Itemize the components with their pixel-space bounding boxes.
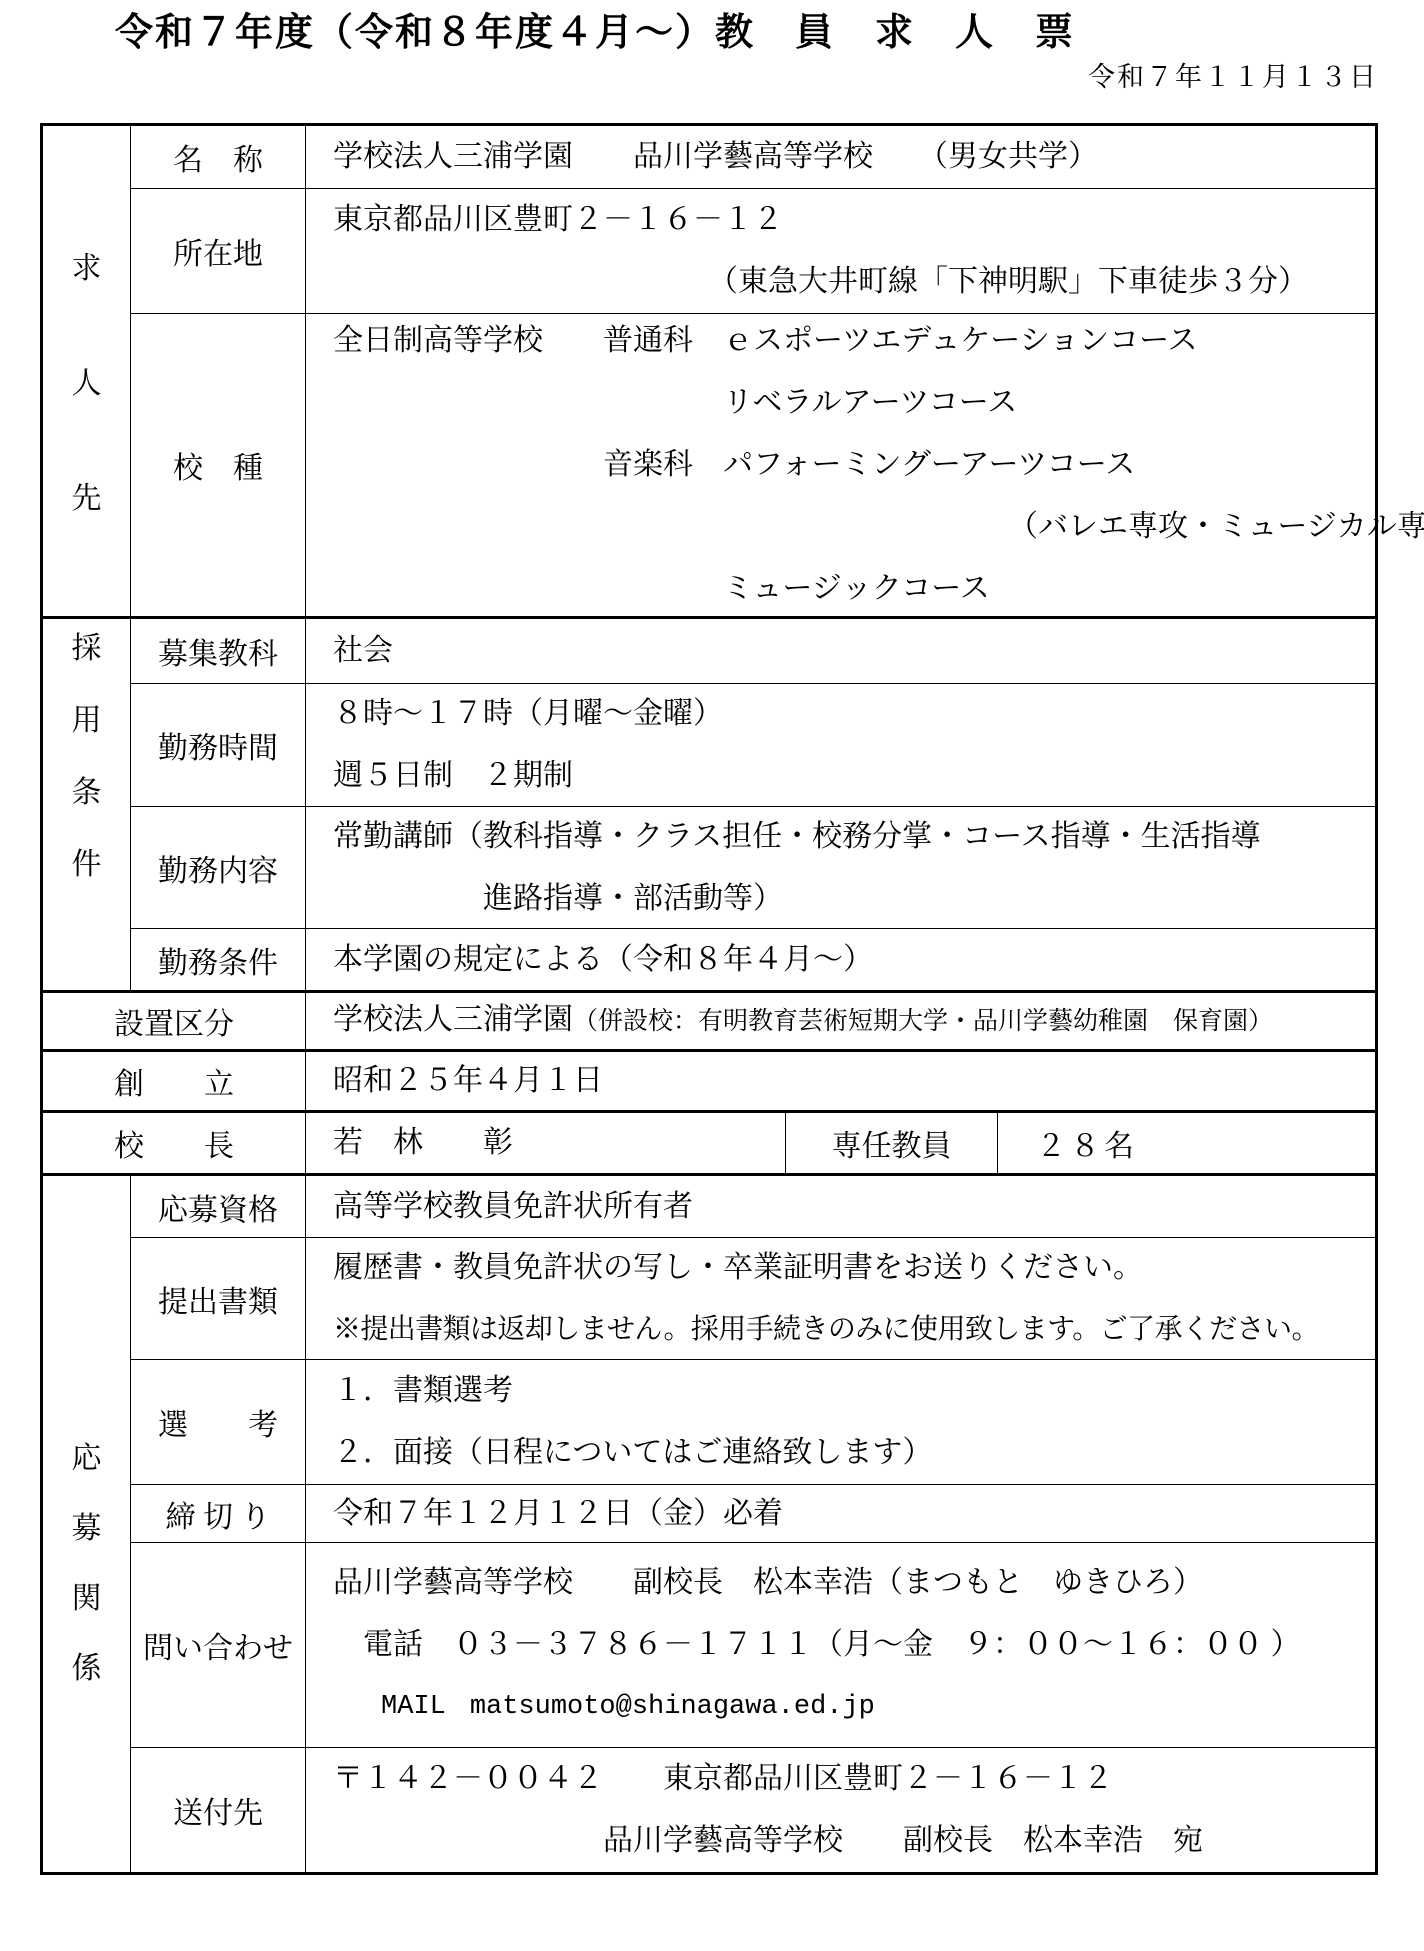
row-value-deadline: 令和７年１２月１２日（金）必着 (306, 1485, 1375, 1542)
mail-label: MAIL (381, 1676, 446, 1738)
row-label-employment-conditions: 勤務条件 (131, 929, 306, 990)
school-type-line: リベラルアーツコース (333, 372, 1375, 434)
founding-body-value: 学校法人三浦学園（併設校：有明教育芸術短期大学・品川学藝幼稚園 保育園） (333, 989, 1375, 1053)
row-value-school-type: 全日制高等学校 普通科 ｅスポーツエデュケーションコース リベラルアーツコース … (306, 314, 1375, 616)
principal-name-cell: 若 林 彰 (306, 1113, 785, 1173)
section-label-char: 条 (72, 778, 102, 808)
contact-phone-line: 電話 ０３－３７８６－１７１１（月～金 ９：００～１６：００ ） (333, 1614, 1375, 1676)
mailing-address-line: 〒１４２－００４２ 東京都品川区豊町２－１６－１２ (333, 1748, 1375, 1810)
row-label-contact: 問い合わせ (131, 1543, 306, 1747)
mail-address: matsumoto@shinagawa.ed.jp (470, 1676, 875, 1738)
section-employment-rows: 募集教科 社会 勤務時間 ８時～１７時（月曜～金曜） 週５日制 ２期制 勤務内容 (131, 619, 1375, 990)
documents-note-line: ※提出書類は返却しません。採用手続きのみに使用致します。ご了承ください。 (333, 1299, 1375, 1361)
row-label-school-name: 名 称 (131, 126, 306, 188)
section-label-char: 先 (72, 484, 102, 514)
row-subject: 募集教科 社会 (131, 619, 1375, 683)
job-posting-table: 求 人 先 名 称 学校法人三浦学園 品川学藝高等学校 （男女共学） 所在地 東… (40, 123, 1378, 1875)
row-value-selection: １．書類選考 ２．面接（日程についてはご連絡致します） (306, 1360, 1375, 1484)
row-label-subject: 募集教科 (131, 619, 306, 683)
employment-conditions-value: 本学園の規定による（令和８年４月～） (333, 929, 1375, 991)
contact-person-line: 品川学藝高等学校 副校長 松本幸浩（まつもと ゆきひろ） (333, 1552, 1375, 1614)
row-principal: 校 長 若 林 彰 専任教員 ２８名 (43, 1110, 1375, 1173)
founding-body-note: （併設校：有明教育芸術短期大学・品川学藝幼稚園 保育園） (573, 1008, 1273, 1035)
row-founded: 創 立 昭和２５年４月１日 (43, 1049, 1375, 1110)
address-line: 東京都品川区豊町２－１６－１２ (333, 189, 1375, 251)
row-value-employment-conditions: 本学園の規定による（令和８年４月～） (306, 929, 1375, 990)
row-deadline: 締 切 り 令和７年１２月１２日（金）必着 (131, 1484, 1375, 1542)
school-type-line: （バレエ専攻・ミュージカル専攻） (333, 496, 1375, 558)
mailing-address-line: 品川学藝高等学校 副校長 松本幸浩 宛 (333, 1810, 1375, 1872)
section-application: 応 募 関 係 応募資格 高等学校教員免許状所有者 提出書類 履歴書・教員免許状… (43, 1173, 1375, 1872)
row-label-address: 所在地 (131, 189, 306, 313)
row-label-founded: 創 立 (43, 1052, 306, 1110)
documents-line: 履歴書・教員免許状の写し・卒業証明書をお送りください。 (333, 1237, 1375, 1299)
section-application-rows: 応募資格 高等学校教員免許状所有者 提出書類 履歴書・教員免許状の写し・卒業証明… (131, 1176, 1375, 1872)
subject-value: 社会 (333, 620, 1375, 682)
section-label-char: 人 (72, 369, 102, 399)
row-qualification: 応募資格 高等学校教員免許状所有者 (131, 1176, 1375, 1237)
row-contact: 問い合わせ 品川学藝高等学校 副校長 松本幸浩（まつもと ゆきひろ） 電話 ０３… (131, 1542, 1375, 1747)
row-value-contact: 品川学藝高等学校 副校長 松本幸浩（まつもと ゆきひろ） 電話 ０３－３７８６－… (306, 1543, 1375, 1747)
row-label-selection: 選 考 (131, 1360, 306, 1484)
section-label-char: 求 (72, 254, 102, 284)
row-address: 所在地 東京都品川区豊町２－１６－１２ （東急大井町線「下神明駅」下車徒歩３分） (131, 188, 1375, 313)
working-hours-line: 週５日制 ２期制 (333, 745, 1375, 807)
row-selection: 選 考 １．書類選考 ２．面接（日程についてはご連絡致します） (131, 1359, 1375, 1484)
selection-step: １．書類選考 (333, 1360, 1375, 1422)
section-label-char: 係 (72, 1654, 102, 1684)
row-label-principal: 校 長 (43, 1113, 306, 1173)
row-working-hours: 勤務時間 ８時～１７時（月曜～金曜） 週５日制 ２期制 (131, 683, 1375, 806)
row-value-qualification: 高等学校教員免許状所有者 (306, 1176, 1375, 1237)
section-label-char: 募 (72, 1514, 102, 1544)
section-employment-terms: 採 用 条 件 募集教科 社会 勤務時間 ８時～１７時（月曜～金曜） 週５日制 … (43, 616, 1375, 990)
school-type-line: 全日制高等学校 普通科 ｅスポーツエデュケーションコース (333, 310, 1375, 372)
row-label-working-hours: 勤務時間 (131, 684, 306, 806)
row-label-mailing-address: 送付先 (131, 1748, 306, 1872)
section-label-char: 応 (72, 1444, 102, 1474)
fulltime-teachers-count: ２８名 (998, 1113, 1375, 1173)
row-label-founding-body: 設置区分 (43, 993, 306, 1049)
row-documents: 提出書類 履歴書・教員免許状の写し・卒業証明書をお送りください。 ※提出書類は返… (131, 1237, 1375, 1359)
school-name-value: 学校法人三浦学園 品川学藝高等学校 （男女共学） (333, 126, 1375, 188)
job-posting-document: 令和７年度（令和８年度４月～）教 員 求 人 票 令和７年１１月１３日 求 人 … (0, 10, 1424, 1875)
row-value-subject: 社会 (306, 619, 1375, 683)
qualification-value: 高等学校教員免許状所有者 (333, 1176, 1375, 1238)
section-label-char: 件 (72, 850, 102, 880)
section-label-application: 応 募 関 係 (43, 1176, 131, 1872)
row-label-documents: 提出書類 (131, 1238, 306, 1359)
row-value-working-hours: ８時～１７時（月曜～金曜） 週５日制 ２期制 (306, 684, 1375, 806)
row-mailing-address: 送付先 〒１４２－００４２ 東京都品川区豊町２－１６－１２ 品川学藝高等学校 副… (131, 1747, 1375, 1872)
school-type-line: ミュージックコース (333, 558, 1375, 620)
section-label-char: 関 (72, 1584, 102, 1614)
document-date: 令和７年１１月１３日 (40, 62, 1378, 92)
row-value-mailing-address: 〒１４２－００４２ 東京都品川区豊町２－１６－１２ 品川学藝高等学校 副校長 松… (306, 1748, 1375, 1872)
contact-mail-line: MAIL matsumoto@shinagawa.ed.jp (333, 1676, 1375, 1738)
deadline-value: 令和７年１２月１２日（金）必着 (333, 1483, 1375, 1545)
row-school-name: 名 称 学校法人三浦学園 品川学藝高等学校 （男女共学） (131, 126, 1375, 188)
fulltime-teachers-label: 専任教員 (785, 1113, 998, 1173)
working-hours-line: ８時～１７時（月曜～金曜） (333, 683, 1375, 745)
selection-step: ２．面接（日程についてはご連絡致します） (333, 1422, 1375, 1484)
section-label-char: 採 (72, 634, 102, 664)
section-label-recruiter: 求 人 先 (43, 126, 131, 616)
row-value-school-name: 学校法人三浦学園 品川学藝高等学校 （男女共学） (306, 126, 1375, 188)
section-label-employment: 採 用 条 件 (43, 619, 131, 990)
duties-line: 常勤講師（教科指導・クラス担任・校務分掌・コース指導・生活指導 (333, 806, 1375, 868)
duties-line: 進路指導・部活動等） (333, 868, 1375, 930)
row-value-founding-body: 学校法人三浦学園（併設校：有明教育芸術短期大学・品川学藝幼稚園 保育園） (306, 993, 1375, 1049)
row-label-qualification: 応募資格 (131, 1176, 306, 1237)
row-school-type: 校 種 全日制高等学校 普通科 ｅスポーツエデュケーションコース リベラルアーツ… (131, 313, 1375, 616)
section-recruiter-rows: 名 称 学校法人三浦学園 品川学藝高等学校 （男女共学） 所在地 東京都品川区豊… (131, 126, 1375, 616)
row-value-address: 東京都品川区豊町２－１６－１２ （東急大井町線「下神明駅」下車徒歩３分） (306, 189, 1375, 313)
section-label-char: 用 (72, 706, 102, 736)
document-title: 令和７年度（令和８年度４月～）教 員 求 人 票 (0, 10, 1190, 56)
row-duties: 勤務内容 常勤講師（教科指導・クラス担任・校務分掌・コース指導・生活指導 進路指… (131, 806, 1375, 928)
school-type-line: 音楽科 パフォーミングーアーツコース (333, 434, 1375, 496)
row-value-documents: 履歴書・教員免許状の写し・卒業証明書をお送りください。 ※提出書類は返却しません… (306, 1238, 1375, 1359)
row-label-duties: 勤務内容 (131, 807, 306, 928)
row-label-deadline: 締 切 り (131, 1485, 306, 1542)
section-recruiter: 求 人 先 名 称 学校法人三浦学園 品川学藝高等学校 （男女共学） 所在地 東… (43, 126, 1375, 616)
row-value-duties: 常勤講師（教科指導・クラス担任・校務分掌・コース指導・生活指導 進路指導・部活動… (306, 807, 1375, 928)
row-value-founded: 昭和２５年４月１日 (306, 1052, 1375, 1110)
address-line: （東急大井町線「下神明駅」下車徒歩３分） (333, 251, 1375, 313)
row-employment-conditions: 勤務条件 本学園の規定による（令和８年４月～） (131, 928, 1375, 990)
row-founding-body: 設置区分 学校法人三浦学園（併設校：有明教育芸術短期大学・品川学藝幼稚園 保育園… (43, 990, 1375, 1049)
founding-body-main: 学校法人三浦学園 (333, 1003, 573, 1036)
row-label-school-type: 校 種 (131, 314, 306, 616)
principal-name: 若 林 彰 (333, 1112, 785, 1174)
founded-value: 昭和２５年４月１日 (333, 1050, 1375, 1112)
